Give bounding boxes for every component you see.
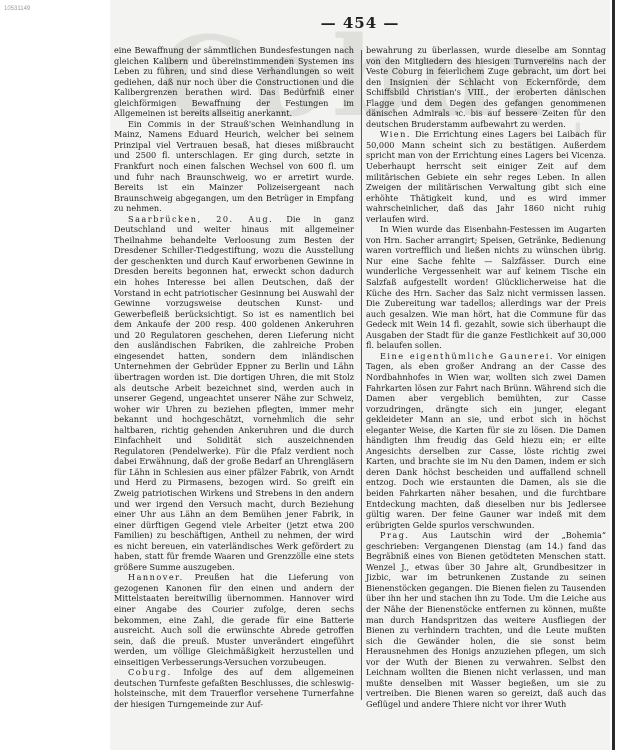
- article-prag: Prag. Aus Lautschin wird der „Bohemia“ g…: [366, 530, 606, 709]
- page-number: — 454 —: [110, 14, 610, 32]
- scan-edge-bar: [612, 0, 615, 750]
- article-paragraph: Ein Commis in der Strauß'schen Weinhandl…: [114, 119, 354, 214]
- article-hannover: Hannover. Preußen hat die Lieferung von …: [114, 572, 354, 667]
- dateline: Wien.: [380, 129, 411, 139]
- scan-identifier: 10531149: [4, 6, 30, 12]
- paragraph-text: eine Bewaffnung der sämmtlichen Bundesfe…: [114, 45, 354, 118]
- column-divider: [361, 50, 362, 700]
- article-coburg: Coburg. Infolge des auf dem allgemeinen …: [114, 667, 354, 709]
- paragraph-text: bewahrung zu überlassen, wurde dieselbe …: [366, 45, 606, 129]
- dateline: Hannover.: [128, 572, 184, 582]
- headline: Eine eigenthümliche Gaunerei.: [380, 351, 554, 361]
- left-column: eine Bewaffnung der sämmtlichen Bundesfe…: [114, 45, 354, 709]
- article-wien: Wien. Die Errichtung eines Lagers bei La…: [366, 129, 606, 224]
- paragraph-text: Ein Commis in der Strauß'schen Weinhandl…: [114, 119, 354, 213]
- dateline: Prag.: [380, 530, 409, 540]
- dateline: Coburg.: [128, 667, 172, 677]
- paragraph-text: Preußen hat die Lieferung von gezogenen …: [114, 572, 354, 666]
- article-saarbruecken: Saarbrücken, 20. Aug. Die in ganz Deutsc…: [114, 214, 354, 573]
- paragraph-text: In Wien wurde das Eisenbahn-Festessen im…: [366, 224, 606, 350]
- article-gaunerei: Eine eigenthümliche Gaunerei. Vor einige…: [366, 351, 606, 530]
- dateline: Saarbrücken, 20. Aug.: [128, 214, 273, 224]
- paragraph-text: Die in ganz Deutschland und weiter hinau…: [114, 214, 354, 572]
- paragraph-text: Die Errichtung eines Lagers bei Laibach …: [366, 129, 606, 223]
- article-paragraph: In Wien wurde das Eisenbahn-Festessen im…: [366, 224, 606, 351]
- paragraph-text: Vor einigen Tagen, als eben großer Andra…: [366, 351, 606, 530]
- paragraph-text: Aus Lautschin wird der „Bohemia“ geschri…: [366, 530, 606, 709]
- article-paragraph: bewahrung zu überlassen, wurde dieselbe …: [366, 45, 606, 129]
- article-paragraph: eine Bewaffnung der sämmtlichen Bundesfe…: [114, 45, 354, 119]
- right-column: bewahrung zu überlassen, wurde dieselbe …: [366, 45, 606, 709]
